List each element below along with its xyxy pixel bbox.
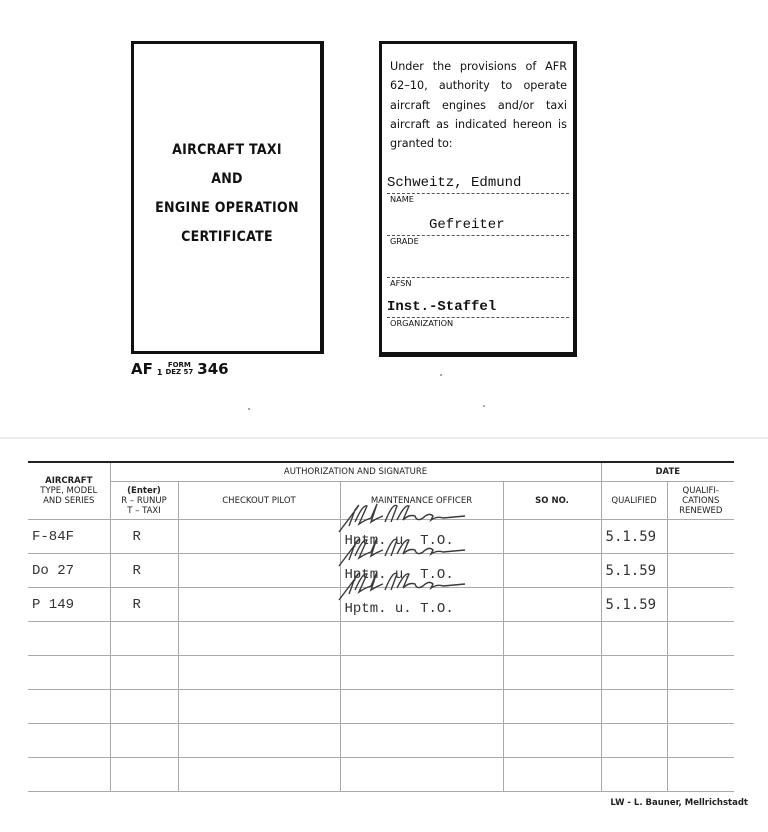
printer-imprint: LW - L. Bauner, Mellrichstadt — [610, 798, 748, 808]
code-cell[interactable]: R — [110, 588, 178, 622]
name-label: NAME — [390, 194, 569, 204]
afsn-value — [387, 258, 569, 276]
so-no-header: SO NO. — [503, 482, 601, 520]
aircraft-cell[interactable] — [28, 622, 110, 656]
header-line: (Enter) — [111, 486, 178, 496]
aircraft-cell[interactable] — [28, 758, 110, 792]
renewed-date-cell[interactable] — [667, 656, 734, 690]
table-row: F-84F R Hptm. u. T.O. 5.1.59 — [28, 520, 734, 554]
table-row: Do 27 R Hptm. u. T.O. 5.1.59 — [28, 554, 734, 588]
header-line: AIRCRAFT — [28, 476, 110, 486]
maintenance-officer-text: Hptm. u. T.O. — [345, 567, 454, 583]
authorization-group-header: AUTHORIZATION AND SIGNATURE — [110, 462, 601, 482]
date-group-header: DATE — [601, 462, 734, 482]
certificate-cover: AIRCRAFT TAXI AND ENGINE OPERATION CERTI… — [131, 41, 324, 354]
aircraft-cell[interactable]: P 149 — [28, 588, 110, 622]
paper-speck — [483, 405, 485, 407]
maintenance-officer-cell[interactable] — [340, 690, 503, 724]
header-line: T – TAXI — [111, 506, 178, 516]
aircraft-header: AIRCRAFT TYPE, MODEL AND SERIES — [28, 462, 110, 520]
paper-speck — [440, 374, 442, 376]
renewed-date-cell[interactable] — [667, 690, 734, 724]
table-row: P 149 R Hptm. u. T.O. 5.1.59 — [28, 588, 734, 622]
checkout-pilot-cell[interactable] — [178, 622, 340, 656]
maintenance-officer-cell[interactable]: Hptm. u. T.O. — [340, 520, 503, 554]
grade-value: Gefreiter — [387, 216, 569, 234]
qualification-log: AIRCRAFT TYPE, MODEL AND SERIES AUTHORIZ… — [28, 461, 734, 792]
maintenance-officer-cell[interactable] — [340, 622, 503, 656]
code-cell[interactable] — [110, 622, 178, 656]
renewed-date-cell[interactable] — [667, 520, 734, 554]
so-no-cell[interactable] — [503, 554, 601, 588]
so-no-cell[interactable] — [503, 588, 601, 622]
qualification-table: AIRCRAFT TYPE, MODEL AND SERIES AUTHORIZ… — [28, 461, 734, 792]
so-no-cell[interactable] — [503, 724, 601, 758]
checkout-pilot-cell[interactable] — [178, 690, 340, 724]
header-line: TYPE, MODEL — [28, 486, 110, 496]
renewed-date-cell[interactable] — [667, 724, 734, 758]
form-number: 346 — [197, 360, 228, 378]
header-line: AND SERIES — [28, 496, 110, 506]
grade-label: GRADE — [390, 236, 569, 246]
table-row — [28, 622, 734, 656]
checkout-pilot-cell[interactable] — [178, 588, 340, 622]
checkout-pilot-header: CHECKOUT PILOT — [178, 482, 340, 520]
header-line: R – RUNUP — [111, 496, 178, 506]
qualified-date-cell[interactable]: 5.1.59 — [601, 554, 667, 588]
so-no-cell[interactable] — [503, 690, 601, 724]
fold-line — [0, 437, 768, 439]
aircraft-cell[interactable]: F-84F — [28, 520, 110, 554]
title-line: AIRCRAFT TAXI — [143, 136, 310, 165]
form-day: 1 — [157, 369, 163, 376]
table-row — [28, 690, 734, 724]
code-cell[interactable] — [110, 656, 178, 690]
qualified-date-cell[interactable] — [601, 690, 667, 724]
checkout-pilot-cell[interactable] — [178, 554, 340, 588]
form-month-year: DEZ 57 — [165, 369, 193, 376]
paper-speck — [248, 408, 250, 410]
code-cell[interactable] — [110, 690, 178, 724]
qualified-date-cell[interactable]: 5.1.59 — [601, 520, 667, 554]
checkout-pilot-cell[interactable] — [178, 758, 340, 792]
certificate-title: AIRCRAFT TAXI AND ENGINE OPERATION CERTI… — [143, 136, 310, 252]
name-value: Schweitz, Edmund — [387, 174, 569, 192]
maintenance-officer-cell[interactable] — [340, 656, 503, 690]
title-line: AND — [143, 165, 310, 194]
qualified-date-cell[interactable] — [601, 656, 667, 690]
qualified-date-cell[interactable]: 5.1.59 — [601, 588, 667, 622]
code-cell[interactable] — [110, 724, 178, 758]
maintenance-officer-header: MAINTENANCE OFFICER — [340, 482, 503, 520]
aircraft-cell[interactable] — [28, 724, 110, 758]
table-row — [28, 758, 734, 792]
afsn-label: AFSN — [390, 278, 569, 288]
so-no-cell[interactable] — [503, 758, 601, 792]
code-cell[interactable]: R — [110, 520, 178, 554]
qualified-header: QUALIFIED — [601, 482, 667, 520]
so-no-cell[interactable] — [503, 656, 601, 690]
grade-field: Gefreiter GRADE — [387, 216, 569, 246]
maintenance-officer-cell[interactable] — [340, 758, 503, 792]
organization-field: Inst.-Staffel ORGANIZATION — [387, 298, 569, 328]
code-cell[interactable] — [110, 758, 178, 792]
title-line: CERTIFICATE — [143, 223, 310, 252]
renewed-header: QUALIFI- CATIONS RENEWED — [667, 482, 734, 520]
renewed-date-cell[interactable] — [667, 622, 734, 656]
organization-label: ORGANIZATION — [390, 318, 569, 328]
aircraft-cell[interactable]: Do 27 — [28, 554, 110, 588]
qualified-date-cell[interactable] — [601, 758, 667, 792]
title-line: ENGINE OPERATION — [143, 194, 310, 223]
qualified-date-cell[interactable] — [601, 724, 667, 758]
maintenance-officer-cell[interactable]: Hptm. u. T.O. — [340, 554, 503, 588]
renewed-date-cell[interactable] — [667, 554, 734, 588]
authority-statement: Under the provisions of AFR 62–10, autho… — [390, 57, 567, 153]
enter-code-header: (Enter) R – RUNUP T – TAXI — [110, 482, 178, 520]
aircraft-cell[interactable] — [28, 690, 110, 724]
form-identifier: AF 1 FORM DEZ 57 346 — [131, 359, 229, 379]
table-row — [28, 656, 734, 690]
maintenance-officer-cell[interactable] — [340, 724, 503, 758]
so-no-cell[interactable] — [503, 622, 601, 656]
table-row — [28, 724, 734, 758]
checkout-pilot-cell[interactable] — [178, 520, 340, 554]
renewed-date-cell[interactable] — [667, 588, 734, 622]
code-cell[interactable]: R — [110, 554, 178, 588]
so-no-cell[interactable] — [503, 520, 601, 554]
afsn-field: AFSN — [387, 258, 569, 288]
authority-card: Under the provisions of AFR 62–10, autho… — [379, 41, 577, 357]
qualified-date-cell[interactable] — [601, 622, 667, 656]
name-field: Schweitz, Edmund NAME — [387, 174, 569, 204]
header-line: CATIONS — [668, 496, 735, 506]
checkout-pilot-cell[interactable] — [178, 724, 340, 758]
checkout-pilot-cell[interactable] — [178, 656, 340, 690]
maintenance-officer-cell[interactable]: Hptm. u. T.O. — [340, 588, 503, 622]
form-prefix: AF — [131, 360, 153, 378]
maintenance-officer-text: Hptm. u. T.O. — [345, 601, 454, 617]
organization-value: Inst.-Staffel — [387, 298, 569, 316]
form-date: 1 FORM DEZ 57 — [157, 362, 193, 376]
aircraft-cell[interactable] — [28, 656, 110, 690]
renewed-date-cell[interactable] — [667, 758, 734, 792]
header-line: QUALIFI- — [668, 486, 735, 496]
maintenance-officer-text: Hptm. u. T.O. — [345, 533, 454, 549]
header-line: RENEWED — [668, 506, 735, 516]
